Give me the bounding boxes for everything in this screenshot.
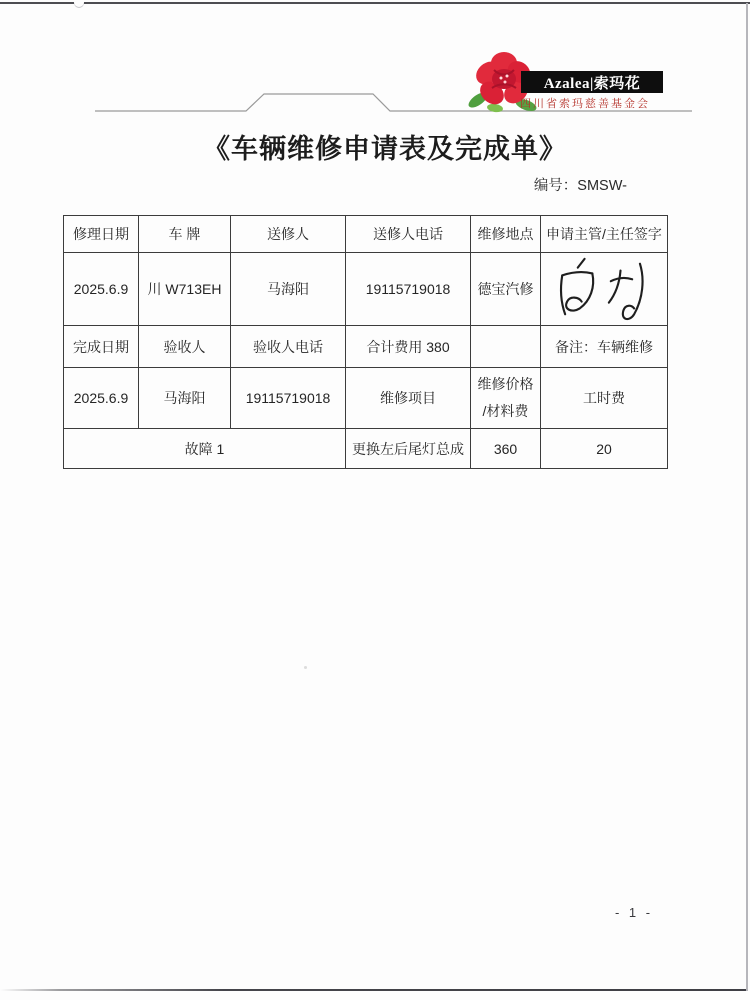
price-label-line1: 维修价格 <box>473 371 538 398</box>
scan-speck <box>304 666 307 669</box>
label-completion-date: 完成日期 <box>64 326 139 368</box>
document-title: 《车辆维修申请表及完成单》 <box>10 127 750 166</box>
document-number: 编号：SMSW- <box>427 174 627 195</box>
logo-banner: Azalea|索玛花 <box>521 71 663 93</box>
total-cost: 合计费用 380 <box>346 326 471 368</box>
request-plate: 川 W713EH <box>139 253 231 326</box>
header-plate: 车 牌 <box>139 216 231 253</box>
fault-labor: 20 <box>541 429 668 469</box>
request-sender: 马海阳 <box>231 253 346 326</box>
price-material-label: 维修价格 /材料费 <box>471 368 541 429</box>
label-acceptor-phone: 验收人电话 <box>231 326 346 368</box>
completion-date: 2025.6.9 <box>64 368 139 429</box>
logo-banner-text: Azalea|索玛花 <box>544 72 641 93</box>
request-phone: 19115719018 <box>346 253 471 326</box>
labor-fee-label: 工时费 <box>541 368 668 429</box>
fault-item: 更换左后尾灯总成 <box>346 429 471 469</box>
scan-edge-notch <box>74 0 84 7</box>
header-sender-phone: 送修人电话 <box>346 216 471 253</box>
table-header-row: 修理日期 车 牌 送修人 送修人电话 维修地点 申请主管/主任签字 <box>64 216 668 253</box>
fault-label: 故障 1 <box>64 429 346 469</box>
header-repair-date: 修理日期 <box>64 216 139 253</box>
empty-cell <box>471 326 541 368</box>
approver-signature-cell <box>541 253 668 326</box>
scan-edge-bottom <box>0 989 748 991</box>
repair-item-label: 维修项目 <box>346 368 471 429</box>
header-location: 维修地点 <box>471 216 541 253</box>
request-data-row: 2025.6.9 川 W713EH 马海阳 19115719018 德宝汽修 <box>64 253 668 326</box>
request-location: 德宝汽修 <box>471 253 541 326</box>
acceptor-name: 马海阳 <box>139 368 231 429</box>
logo-subtitle: 四川省索玛慈善基金会 <box>505 95 665 111</box>
price-label-line2: /材料费 <box>473 398 538 425</box>
completion-data-row: 2025.6.9 马海阳 19115719018 维修项目 维修价格 /材料费 … <box>64 368 668 429</box>
request-date: 2025.6.9 <box>64 253 139 326</box>
fault-price: 360 <box>471 429 541 469</box>
acceptor-phone: 19115719018 <box>231 368 346 429</box>
repair-form-table: 修理日期 车 牌 送修人 送修人电话 维修地点 申请主管/主任签字 2025.6… <box>63 215 668 469</box>
scan-edge-top <box>0 2 750 4</box>
handwritten-signature <box>549 255 659 323</box>
scanned-document-page: Azalea|索玛花 四川省索玛慈善基金会 《车辆维修申请表及完成单》 编号：S… <box>0 0 750 1000</box>
completion-label-row: 完成日期 验收人 验收人电话 合计费用 380 备注：车辆维修 <box>64 326 668 368</box>
fault-row: 故障 1 更换左后尾灯总成 360 20 <box>64 429 668 469</box>
page-number: - 1 - <box>600 905 668 920</box>
remark: 备注：车辆维修 <box>541 326 668 368</box>
label-acceptor: 验收人 <box>139 326 231 368</box>
header-approver-sign: 申请主管/主任签字 <box>541 216 668 253</box>
header-sender: 送修人 <box>231 216 346 253</box>
